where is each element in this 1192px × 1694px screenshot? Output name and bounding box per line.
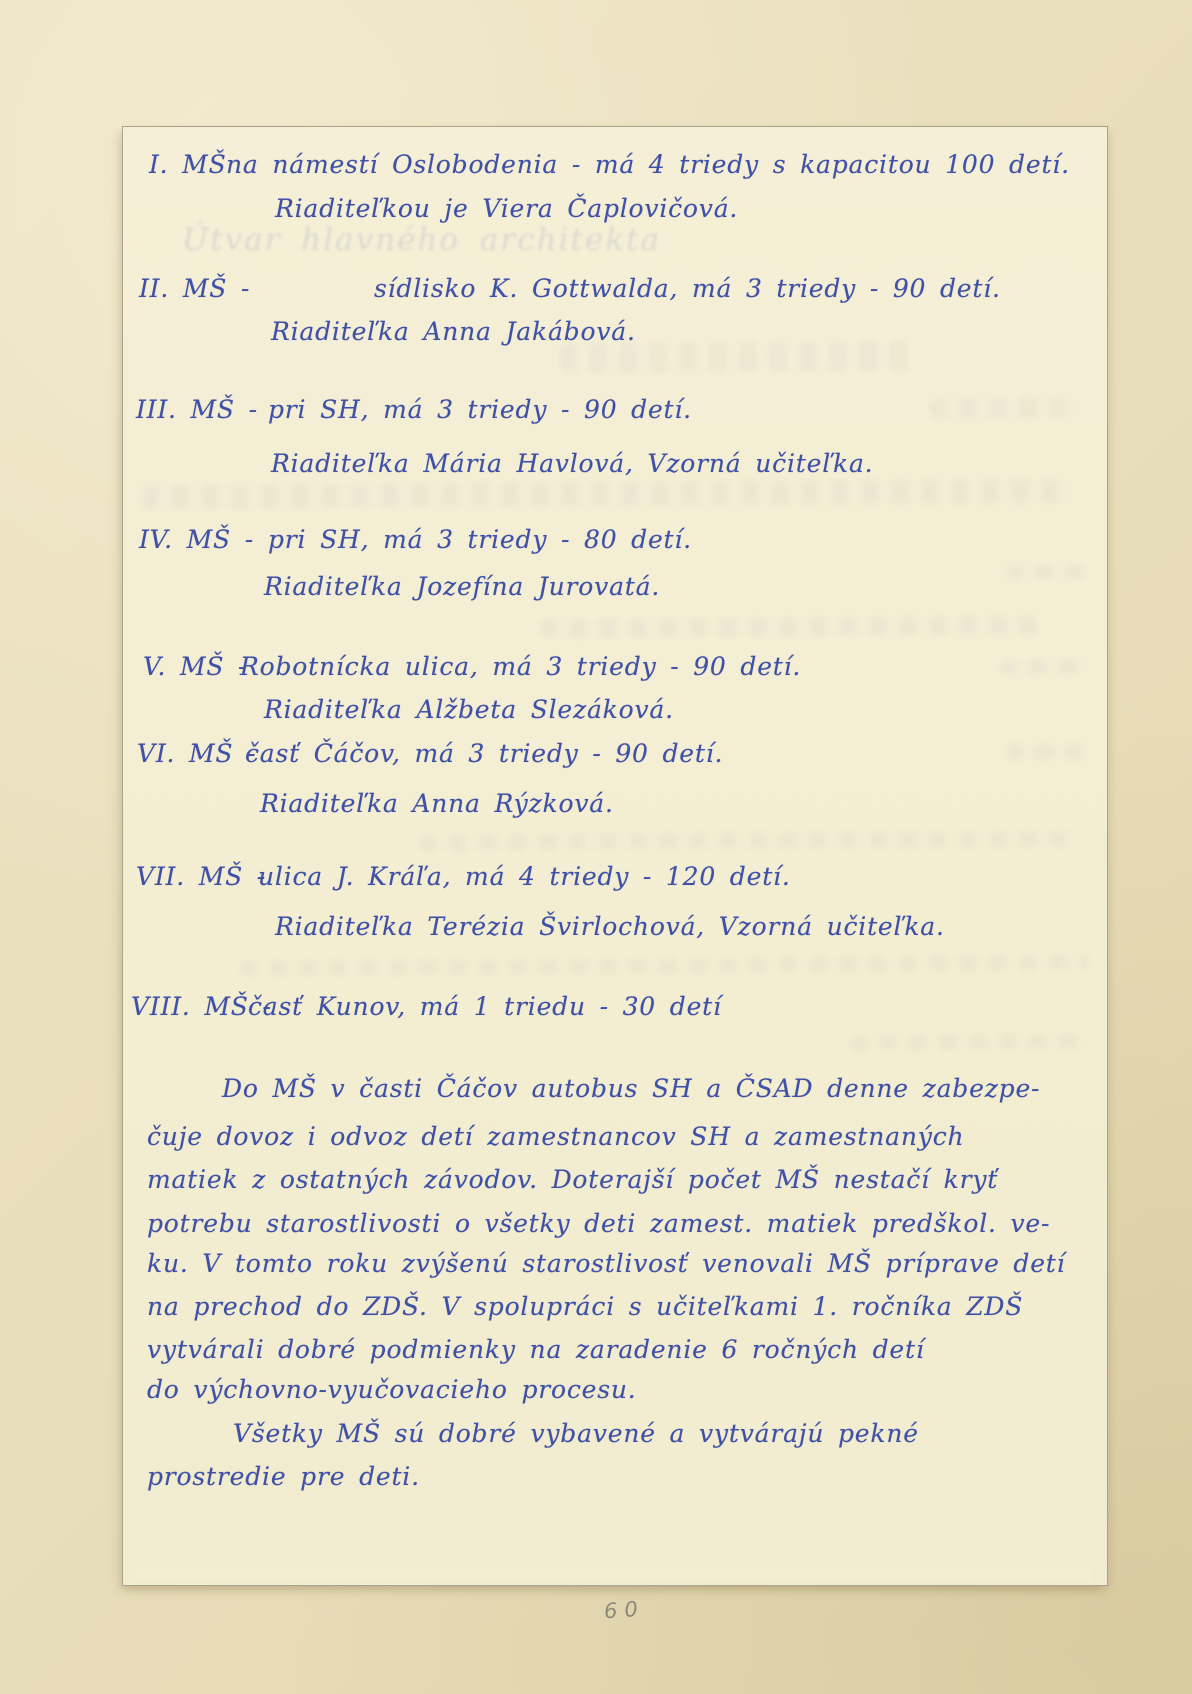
entry-text: časť Kunov, má 1 triedu - 30 detí xyxy=(248,990,722,1024)
entry-director: Riaditeľka Mária Havlová, Vzorná učiteľk… xyxy=(271,447,873,481)
entry-numeral: II. MŠ - xyxy=(139,272,250,306)
entry-director: Riaditeľka Alžbeta Slezáková. xyxy=(264,693,674,727)
paragraph-line: prostredie pre deti. xyxy=(147,1460,420,1494)
paragraph-line: ku. V tomto roku zvýšenú starostlivosť v… xyxy=(147,1247,1065,1281)
entry-numeral: VI. MŠ - xyxy=(137,737,256,771)
paragraph-line: čuje dovoz i odvoz detí zamestnancov SH … xyxy=(147,1120,964,1154)
entry-text: pri SH, má 3 triedy - 80 detí. xyxy=(268,523,692,557)
entry-director: Riaditeľkou je Viera Čaplovičová. xyxy=(275,192,738,226)
paragraph-line: do výchovno-vyučovacieho procesu. xyxy=(147,1373,637,1407)
entry-text: ulica J. Kráľa, má 4 triedy - 120 detí. xyxy=(258,860,791,894)
ink-bleed-strip xyxy=(1000,660,1090,675)
entry-text: sídlisko K. Gottwalda, má 3 triedy - 90 … xyxy=(374,272,1001,306)
entry-numeral: VII. MŠ - xyxy=(136,860,266,894)
entry-director: Riaditeľka Anna Jakábová. xyxy=(271,315,636,349)
paragraph-line: potrebu starostlivosti o všetky deti zam… xyxy=(147,1207,1050,1241)
entry-numeral: III. MŠ - xyxy=(136,393,258,427)
ink-bleed-strip xyxy=(540,616,1040,637)
page-number: 60 xyxy=(603,1597,645,1624)
scan-background: Útvar hlavného architekta I. MŠ na námes… xyxy=(0,0,1192,1694)
paragraph-line: na prechod do ZDŠ. V spolupráci s učiteľ… xyxy=(147,1290,1023,1324)
entry-numeral: I. MŠ xyxy=(149,148,227,182)
sheet-bottom-edge xyxy=(136,1568,1092,1581)
entry-text: Robotnícka ulica, má 3 triedy - 90 detí. xyxy=(240,650,801,684)
ink-bleed-strip xyxy=(1006,745,1090,760)
paragraph-line: matiek z ostatných závodov. Doterajší po… xyxy=(147,1163,998,1197)
entry-director: Riaditeľka Terézia Švirlochová, Vzorná u… xyxy=(275,910,945,944)
entry-numeral: IV. MŠ - xyxy=(139,523,254,557)
paragraph-line: Do MŠ v časti Čáčov autobus SH a ČSAD de… xyxy=(222,1072,1040,1106)
entry-text: na námestí Oslobodenia - má 4 triedy s k… xyxy=(226,148,1070,182)
entry-director: Riaditeľka Jozefína Jurovatá. xyxy=(264,570,660,604)
entry-director: Riaditeľka Anna Rýzková. xyxy=(260,787,614,821)
entry-text: pri SH, má 3 triedy - 90 detí. xyxy=(268,393,692,427)
ink-bleed-strip xyxy=(850,1034,1090,1051)
paragraph-line: Všetky MŠ sú dobré vybavené a vytvárajú … xyxy=(233,1417,919,1451)
bleed-through-text: Útvar hlavného architekta xyxy=(182,222,661,258)
entry-text: časť Čáčov, má 3 triedy - 90 detí. xyxy=(245,737,723,771)
ink-bleed-strip xyxy=(1006,565,1090,580)
ink-bleed-strip xyxy=(930,397,1080,418)
paragraph-line: vytvárali dobré podmienky na zaradenie 6… xyxy=(147,1333,925,1367)
entry-numeral: V. MŠ - xyxy=(143,650,247,684)
